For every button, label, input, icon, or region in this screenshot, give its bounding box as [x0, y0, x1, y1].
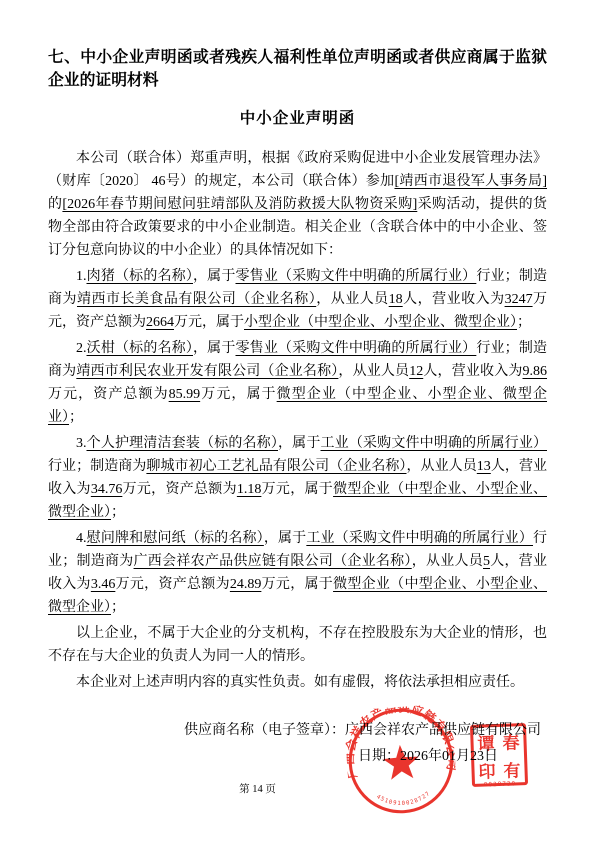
date-line: 日期：2026年01月23日	[48, 744, 547, 770]
date-label: 日期：	[358, 749, 400, 764]
item-4-paragraph: 4.慰问牌和慰问纸（标的名称），属于工业（采购文件中明确的所属行业）行业；制造商…	[48, 527, 547, 619]
intro-paragraph: 本公司（联合体）郑重声明，根据《政府采购促进中小企业发展管理办法》（财库〔202…	[48, 147, 547, 262]
closing-paragraph-1: 以上企业，不属于大企业的分支机构，不存在控股股东为大企业的情形，也不存在与大企业…	[48, 622, 547, 668]
supplier-signature-line: 供应商名称（电子签章）：广西会祥农产品供应链有限公司	[48, 718, 547, 744]
date-value: 2026年01月23日	[400, 749, 498, 764]
document-page: 七、中小企业声明函或者残疾人福利性单位声明函或者供应商属于监狱企业的证明材料 中…	[0, 0, 595, 841]
section-heading: 七、中小企业声明函或者残疾人福利性单位声明函或者供应商属于监狱企业的证明材料	[48, 46, 547, 92]
page-number: 第 14 页	[0, 781, 515, 796]
item-2-paragraph: 2.沃柑（标的名称），属于零售业（采购文件中明确的所属行业）行业；制造商为靖西市…	[48, 337, 547, 429]
signature-block: 供应商名称（电子签章）：广西会祥农产品供应链有限公司 日期：2026年01月23…	[48, 718, 547, 770]
supplier-label: 供应商名称（电子签章）：	[184, 723, 345, 738]
declaration-title: 中小企业声明函	[48, 107, 547, 130]
item-1-paragraph: 1.肉猪（标的名称），属于零售业（采购文件中明确的所属行业）行业；制造商为靖西市…	[48, 265, 547, 334]
supplier-name: 广西会祥农产品供应链有限公司	[345, 723, 541, 738]
item-3-paragraph: 3.个人护理清洁套装（标的名称），属于工业（采购文件中明确的所属行业）行业；制造…	[48, 432, 547, 524]
closing-paragraph-2: 本企业对上述声明内容的真实性负责。如有虚假，将依法承担相应责任。	[48, 671, 547, 694]
document-content: 七、中小企业声明函或者残疾人福利性单位声明函或者供应商属于监狱企业的证明材料 中…	[0, 0, 595, 770]
